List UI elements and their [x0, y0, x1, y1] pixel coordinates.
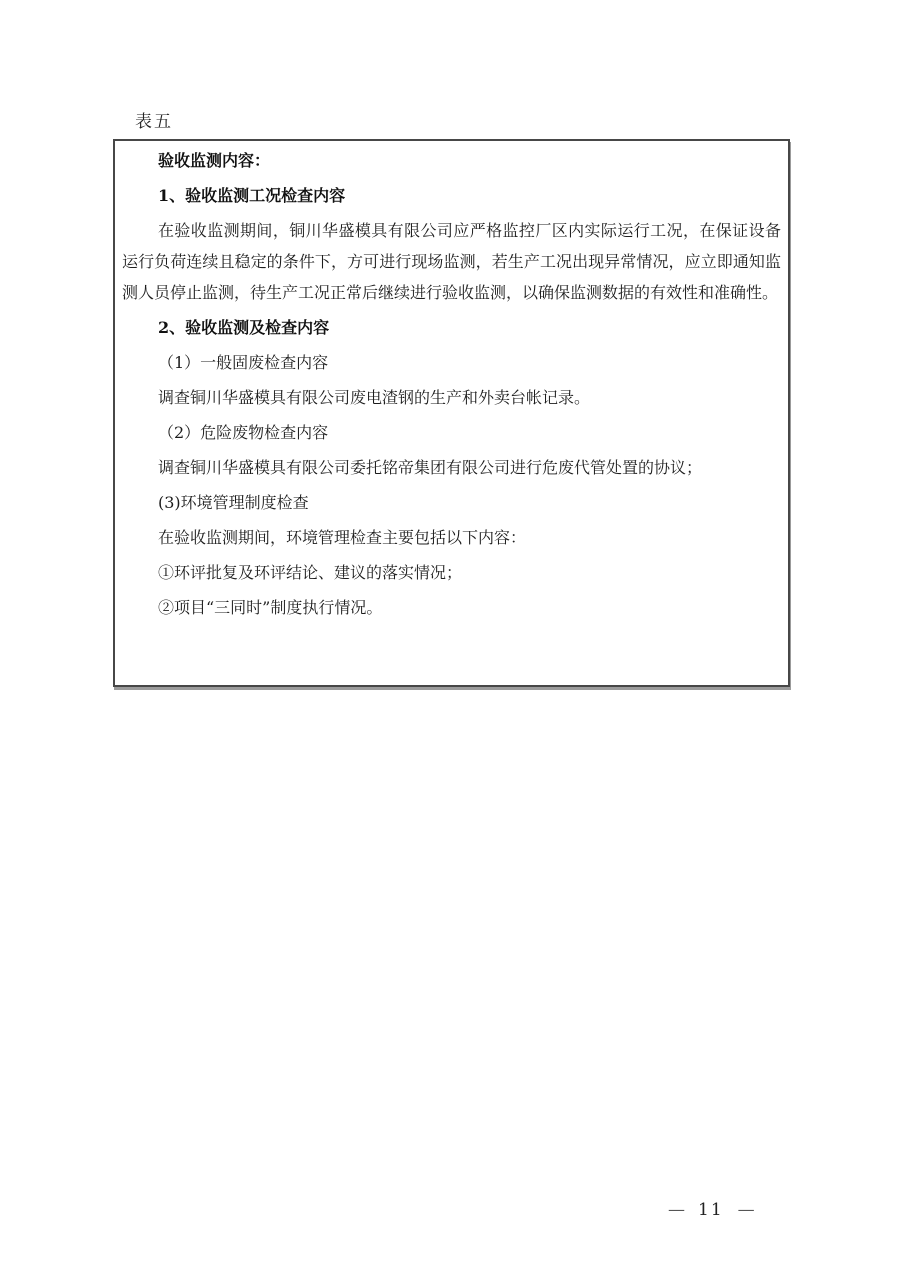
table-line-item: 调查铜川华盛模具有限公司废电渣钢的生产和外卖台帐记录。 [122, 382, 781, 413]
footer-dash-left: — [668, 1200, 684, 1220]
table-label: 表五 [135, 107, 173, 132]
table-line-heading: 2、验收监测及检查内容 [122, 312, 781, 343]
table-line-paragraph: 在验收监测期间，铜川华盛模具有限公司应严格监控厂区内实际运行工况，在保证设备运行… [122, 215, 781, 308]
page-footer: — 11 — [668, 1200, 754, 1220]
table-line-heading: 1、验收监测工况检查内容 [122, 180, 781, 211]
page-number: 11 [698, 1200, 724, 1220]
table-line-item: （1）一般固废检查内容 [122, 347, 781, 378]
table-line-item: 调查铜川华盛模具有限公司委托铭帝集团有限公司进行危废代管处置的协议； [122, 452, 781, 483]
table-content-box: 验收监测内容：1、验收监测工况检查内容在验收监测期间，铜川华盛模具有限公司应严格… [113, 139, 790, 687]
table-line-item: ①环评批复及环评结论、建议的落实情况； [122, 557, 781, 588]
table-line-item: ②项目“三同时”制度执行情况。 [122, 592, 781, 623]
table-line-item: (3)环境管理制度检查 [122, 487, 781, 518]
table-line-title: 验收监测内容： [122, 145, 781, 176]
table-line-item: 在验收监测期间，环境管理检查主要包括以下内容： [122, 522, 781, 553]
table-line-item: （2）危险废物检查内容 [122, 417, 781, 448]
footer-dash-right: — [738, 1200, 754, 1220]
